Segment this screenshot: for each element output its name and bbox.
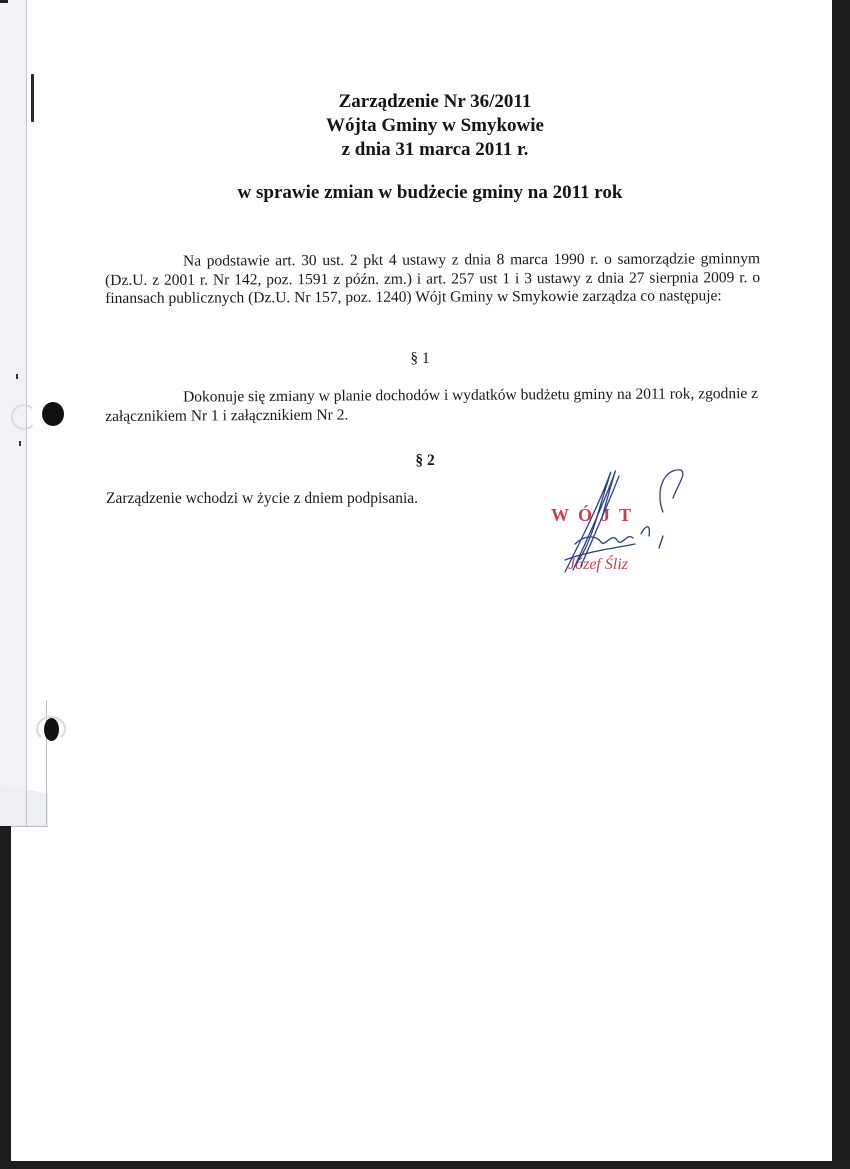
punch-hole-icon <box>44 718 59 741</box>
margin-pen-mark <box>31 74 34 122</box>
section-1-heading: § 1 <box>390 350 450 368</box>
scan-border-corner <box>0 0 8 3</box>
document-title: Zarządzenie Nr 36/2011 Wójta Gminy w Smy… <box>230 90 640 162</box>
punch-hole-ghost-icon <box>11 404 37 430</box>
title-line-date: z dnia 31 marca 2011 r. <box>230 138 640 162</box>
scan-border-bottom <box>0 1161 850 1169</box>
section-1-text: Dokonuje się zmiany w planie dochodów i … <box>105 384 765 426</box>
margin-tick <box>19 441 21 446</box>
title-line-ordinance: Zarządzenie Nr 36/2011 <box>230 90 640 114</box>
section-2-text: Zarządzenie wchodzi w życie z dniem podp… <box>106 490 418 508</box>
section-2-heading: § 2 <box>395 452 455 470</box>
margin-tick <box>16 374 18 379</box>
scan-border-right <box>832 0 850 1169</box>
legal-basis-paragraph: Na podstawie art. 30 ust. 2 pkt 4 ustawy… <box>105 250 760 308</box>
title-line-issuer: Wójta Gminy w Smykowie <box>230 114 640 138</box>
punch-hole-icon <box>42 402 64 426</box>
signature-icon <box>545 462 695 582</box>
scan-border-left <box>0 826 11 1169</box>
underlying-sheet-fold <box>0 785 48 827</box>
document-subject: w sprawie zmian w budżecie gminy na 2011… <box>190 182 670 204</box>
